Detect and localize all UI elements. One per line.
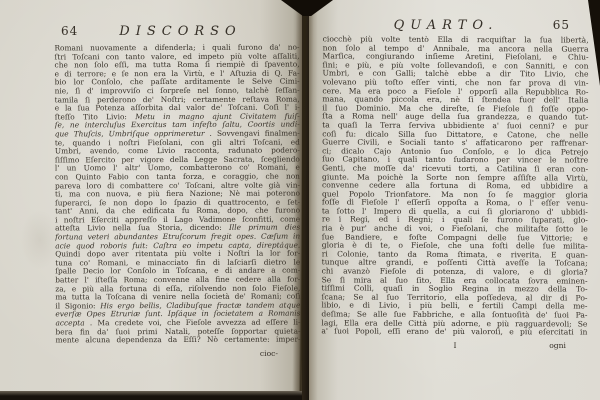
left-page-header: 64 DISCORSO [55, 24, 300, 39]
page-bottom-edge-shadow [0, 391, 302, 400]
right-running-title: QUARTO. [368, 18, 524, 33]
open-book-photo: 64 DISCORSO Romani nuovamente a difender… [0, 0, 600, 400]
right-page: QUARTO. 65 ciocchè più volte tentò Ella … [309, 0, 600, 400]
text-line: mente alcuna dependenza da Eſſi? Nò cert… [55, 336, 300, 345]
signature-mark: I [322, 341, 588, 350]
right-foot-line: I ogni [322, 341, 588, 351]
right-page-number: 65 [524, 18, 588, 32]
left-page-text: Romani nuovamente a difenderla; i quali … [54, 44, 300, 346]
left-foot-line: cioc- [55, 349, 300, 358]
right-catchword: ogni [549, 341, 566, 350]
right-page-header: QUARTO. 65 [322, 18, 588, 33]
text-line: a' ſuoi Popoli, eſſi erano de' più valor… [321, 328, 587, 338]
left-running-title: DISCORSO [107, 24, 254, 39]
paper-stain [20, 210, 60, 270]
left-page: 64 DISCORSO Romani nuovamente a difender… [0, 0, 302, 391]
right-page-text: ciocchè più volte tentò Ella di racquiſt… [321, 35, 588, 337]
left-catchword: cioc- [260, 349, 278, 358]
left-page-number: 64 [55, 24, 107, 38]
